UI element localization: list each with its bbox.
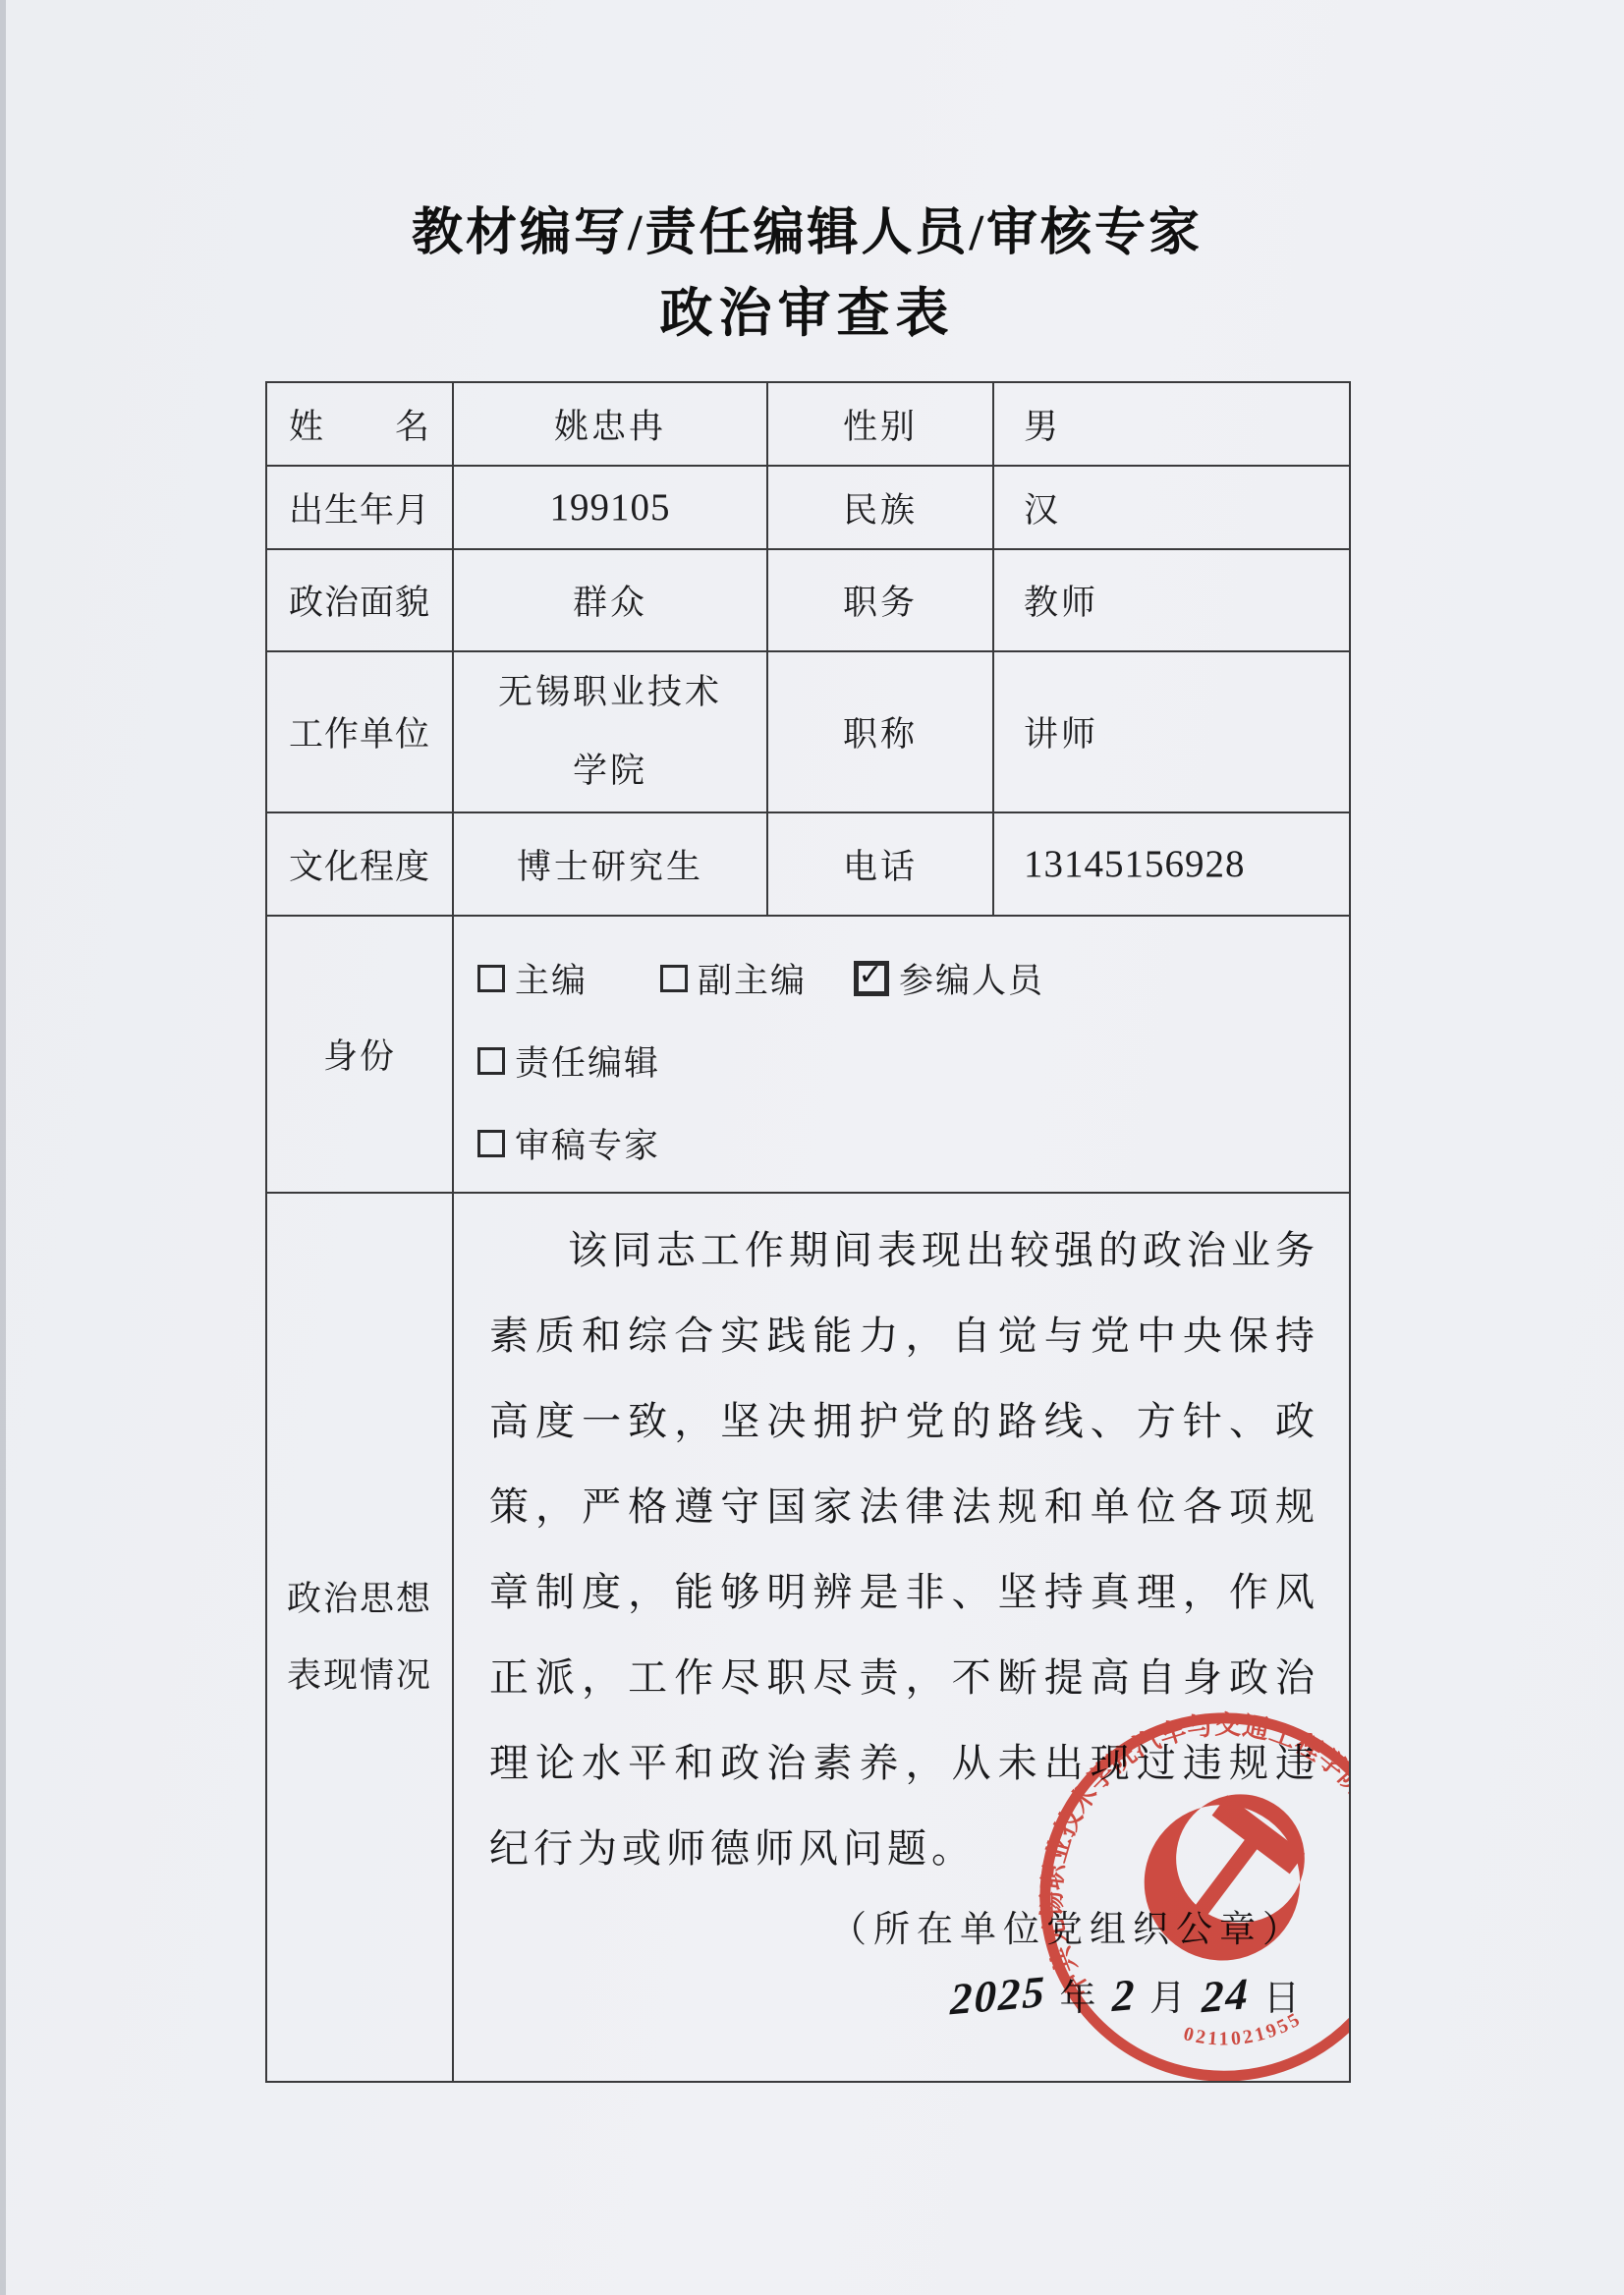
field-value-political-status: 群众 [453,549,767,651]
scanner-edge-shadow [0,0,6,2295]
identity-options-line2: 责任编辑 [477,1036,1339,1086]
checkbox-option-deputy-editor: 副主编 [660,954,807,1003]
field-label-gender: 性别 [767,382,993,466]
field-value-name: 姚忠冉 [453,382,767,466]
handwritten-day: 24 [1202,1968,1251,2024]
scanned-document-page: { "title": { "line1": "教材编写/责任编辑人员/审核专家"… [0,0,1624,2295]
checkbox-label: 责任编辑 [515,1036,660,1086]
field-label-professional-title: 职称 [767,651,993,812]
field-value-professional-title: 讲师 [993,651,1350,812]
checkbox-option-chief-editor: 主编 [477,954,588,1003]
table-row-political-status: 政治面貌 群众 职务 教师 [266,549,1350,651]
field-value-work-unit: 无锡职业技术 学院 [453,651,767,812]
table-row-identity: 身份 主编 副主编 ✓ 参编人员 责任编辑 [266,916,1350,1193]
field-label-ethnicity: 民族 [767,466,993,549]
document-title: 教材编写/责任编辑人员/审核专家 政治审查表 [265,195,1349,354]
page-title-line2: 政治审查表 [265,273,1349,354]
seal-note: （所在单位党组织公章） [454,1899,1349,1952]
checkbox-icon [477,1047,505,1075]
checkbox-icon [477,1130,505,1157]
identity-options-line1: 主编 副主编 ✓ 参编人员 [477,954,1339,1003]
field-value-education: 博士研究生 [453,812,767,916]
label-line1: 政治思想 [268,1561,451,1638]
field-value-position: 教师 [993,549,1350,651]
field-value-gender: 男 [993,382,1350,466]
field-label-education: 文化程度 [266,812,453,916]
field-label-phone: 电话 [767,812,993,916]
field-value-phone: 13145156928 [993,812,1350,916]
year-unit: 年 [1060,1979,1098,2019]
review-paragraph: 该同志工作期间表现出较强的政治业务素质和综合实践能力，自觉与党中央保持高度一致，… [489,1207,1319,1891]
identity-options-line3: 审稿专家 [477,1119,1339,1168]
label-line2: 表现情况 [268,1638,451,1714]
table-row-education: 文化程度 博士研究生 电话 13145156928 [266,812,1350,916]
checkbox-label: 副主编 [698,954,807,1003]
date-line: 2025年2月24日 [454,1968,1349,2021]
field-label-position: 职务 [767,549,993,651]
field-label-political-thought: 政治思想 表现情况 [266,1193,453,2082]
handwritten-year: 2025 [949,1966,1046,2026]
field-label-work-unit: 工作单位 [266,651,453,812]
field-label-birthdate: 出生年月 [266,466,453,549]
day-unit: 日 [1263,1979,1302,2019]
field-label-identity: 身份 [266,916,453,1193]
identity-options-cell: 主编 副主编 ✓ 参编人员 责任编辑 [453,916,1350,1193]
field-value-ethnicity: 汉 [993,466,1350,549]
checkbox-label: 主编 [515,954,588,1003]
table-row-birth: 出生年月 199105 民族 汉 [266,466,1350,549]
field-label-political-status: 政治面貌 [266,549,453,651]
table-row-work-unit: 工作单位 无锡职业技术 学院 职称 讲师 [266,651,1350,812]
field-value-birthdate: 199105 [453,466,767,549]
checkbox-icon [477,965,505,992]
checkbox-label: 审稿专家 [515,1119,660,1168]
checkbox-option-review-expert: 审稿专家 [477,1119,660,1168]
table-row-political-thought: 政治思想 表现情况 该同志工作期间表现出较强的政治业务素质和综合实践能力，自觉与… [266,1193,1350,2082]
field-label-name: 姓名 [266,382,453,466]
month-unit: 月 [1149,1979,1188,2019]
handwritten-month: 2 [1111,1969,1136,2022]
table-row-name: 姓名 姚忠冉 性别 男 [266,382,1350,466]
political-review-form-table: 姓名 姚忠冉 性别 男 出生年月 199105 民族 汉 政治面貌 群众 职务 … [265,381,1351,2083]
political-thought-cell: 该同志工作期间表现出较强的政治业务素质和综合实践能力，自觉与党中央保持高度一致，… [453,1193,1350,2082]
checkbox-label: 参编人员 [899,954,1044,1003]
checkbox-option-responsible-editor: 责任编辑 [477,1036,660,1086]
check-mark: ✓ [858,961,884,990]
checkbox-icon [660,965,688,992]
page-title-line1: 教材编写/责任编辑人员/审核专家 [265,195,1349,273]
checkbox-checked-icon: ✓ [854,961,889,996]
checkbox-option-contributing-editor: ✓ 参编人员 [854,954,1044,1003]
